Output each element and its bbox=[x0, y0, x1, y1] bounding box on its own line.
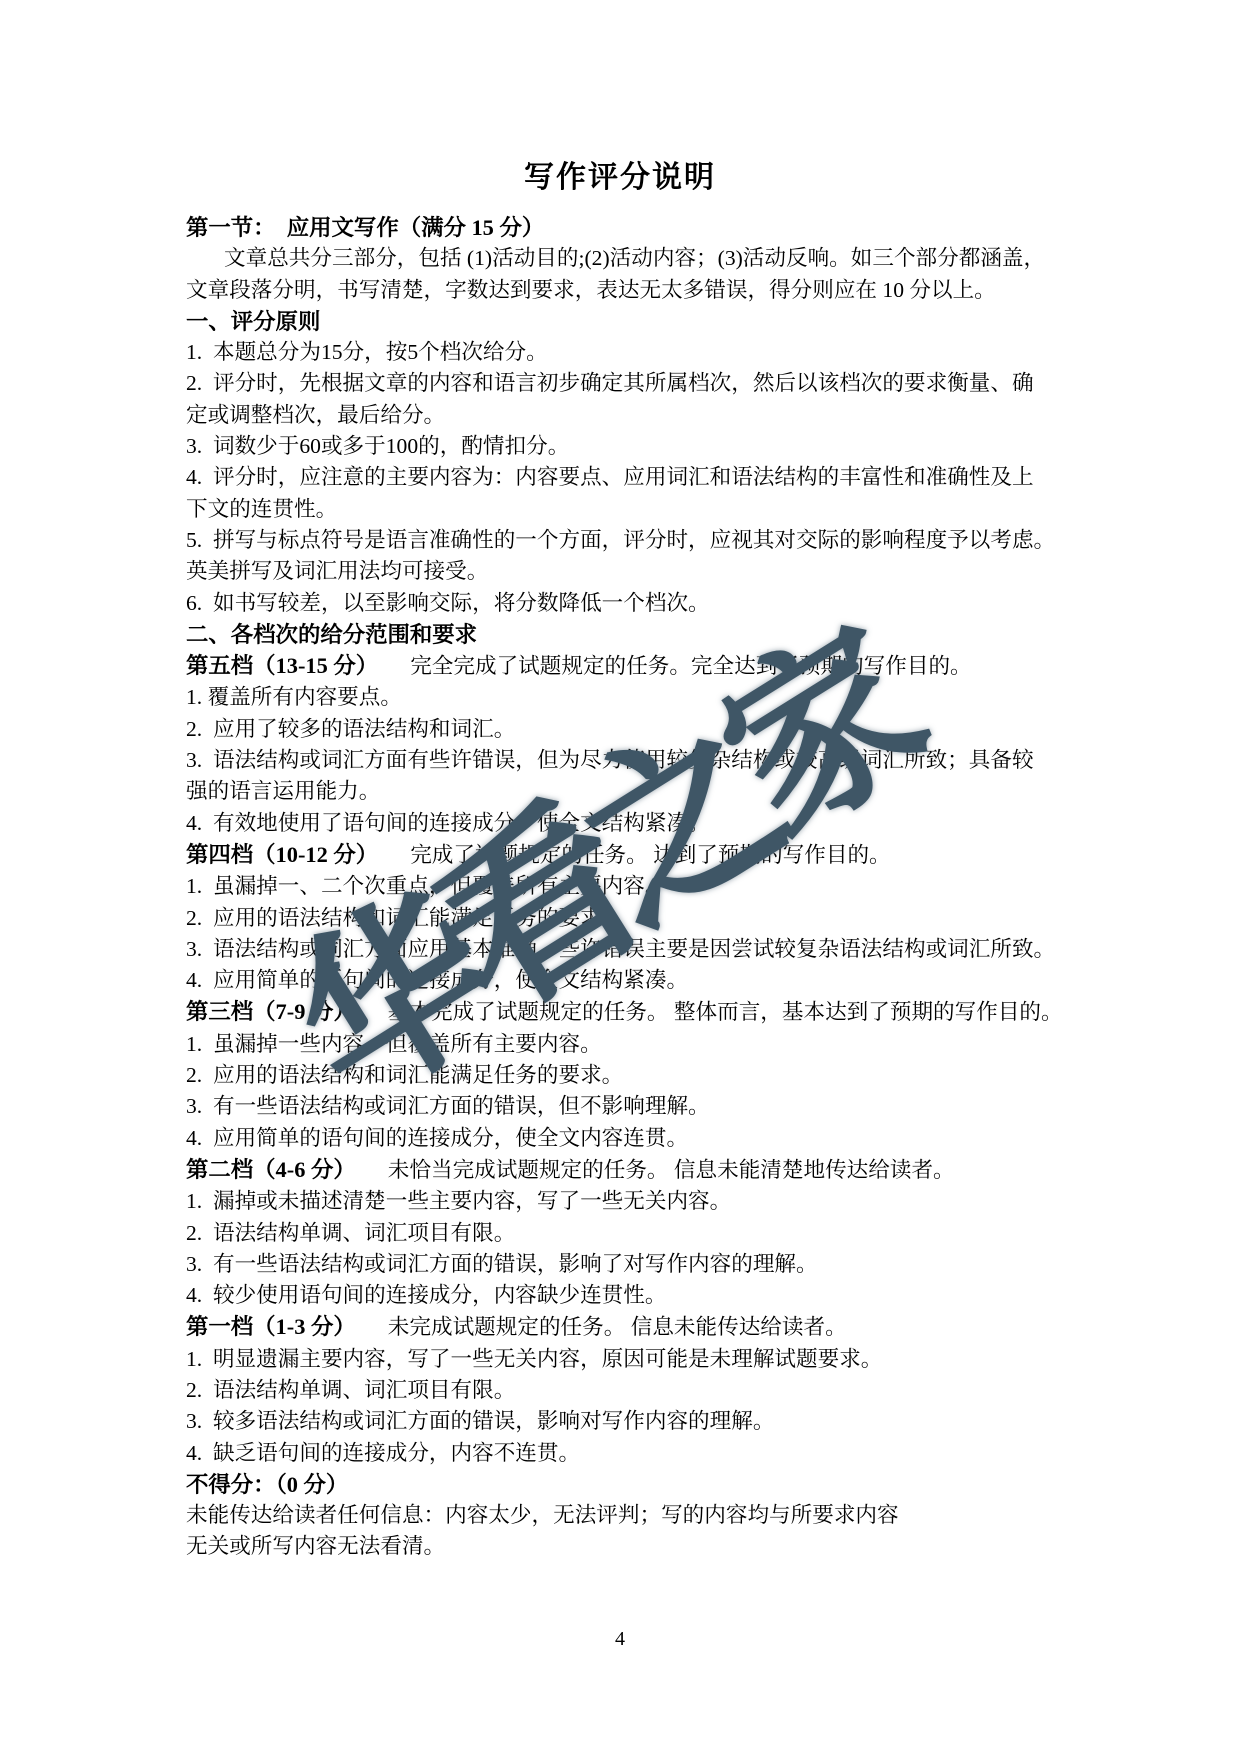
text-line: 3. 词数少于60或多于100的，酌情扣分。 bbox=[186, 431, 1086, 462]
text-line: 4. 有效地使用了语句间的连接成分，使全文结构紧凑。 bbox=[186, 808, 1086, 839]
grade-label: 第五档（13-15 分） bbox=[186, 653, 378, 678]
grade-description: 完全完成了试题规定的任务。完全达到了预期的写作目的。 bbox=[410, 654, 971, 678]
document-page: 写作评分说明 第一节： 应用文写作（满分 15 分）文章总共分三部分，包括 (1… bbox=[0, 0, 1240, 1754]
text-line: 一、评分原则 bbox=[186, 306, 1086, 337]
text-line: 2. 应用的语法结构和词汇能满足任务的要求。 bbox=[186, 903, 1086, 934]
grade-label: 第三档（7-9 分） bbox=[186, 999, 356, 1024]
document-body: 第一节： 应用文写作（满分 15 分）文章总共分三部分，包括 (1)活动目的;(… bbox=[186, 212, 1086, 1563]
text-line: 3. 较多语法结构或词汇方面的错误，影响对写作内容的理解。 bbox=[186, 1406, 1086, 1437]
text-line: 2. 应用了较多的语法结构和词汇。 bbox=[186, 714, 1086, 745]
text-line: 不得分：（0 分） bbox=[186, 1469, 1086, 1500]
text-line: 1. 虽漏掉一、二个次重点，但覆盖所有主要内容。 bbox=[186, 871, 1086, 902]
text-line: 4. 评分时，应注意的主要内容为：内容要点、应用词汇和语法结构的丰富性和准确性及… bbox=[186, 462, 1086, 493]
grade-line: 第五档（13-15 分）完全完成了试题规定的任务。完全达到了预期的写作目的。 bbox=[186, 650, 1086, 682]
text-line: 英美拼写及词汇用法均可接受。 bbox=[186, 556, 1086, 587]
grade-description: 基本完成了试题规定的任务。 整体而言，基本达到了预期的写作目的。 bbox=[388, 1000, 1063, 1024]
text-line: 3. 语法结构或词汇方面有些许错误，但为尽力使用较复杂结构或较高级词汇所致；具备… bbox=[186, 745, 1086, 776]
text-line: 2. 评分时，先根据文章的内容和语言初步确定其所属档次，然后以该档次的要求衡量、… bbox=[186, 368, 1086, 399]
grade-line: 第一档（1-3 分）未完成试题规定的任务。 信息未能传达给读者。 bbox=[186, 1311, 1086, 1343]
text-line: 2. 语法结构单调、词汇项目有限。 bbox=[186, 1375, 1086, 1406]
text-line: 4. 应用简单的语句间的连接成分，使全文内容连贯。 bbox=[186, 1123, 1086, 1154]
text-line: 强的语言运用能力。 bbox=[186, 776, 1086, 807]
text-line: 3. 语法结构或词汇方面应用基本准确，些许错误主要是因尝试较复杂语法结构或词汇所… bbox=[186, 934, 1086, 965]
text-line: 下文的连贯性。 bbox=[186, 494, 1086, 525]
text-line: 定或调整档次，最后给分。 bbox=[186, 400, 1086, 431]
text-line: 2. 语法结构单调、词汇项目有限。 bbox=[186, 1218, 1086, 1249]
text-line: 1. 虽漏掉一些内容，但覆盖所有主要内容。 bbox=[186, 1029, 1086, 1060]
grade-line: 第四档（10-12 分）完成了试题规定的任务。 达到了预期的写作目的。 bbox=[186, 839, 1086, 871]
text-line: 无关或所写内容无法看清。 bbox=[186, 1531, 1086, 1562]
grade-label: 第二档（4-6 分） bbox=[186, 1157, 356, 1182]
text-line: 1. 明显遗漏主要内容，写了一些无关内容，原因可能是未理解试题要求。 bbox=[186, 1344, 1086, 1375]
text-line: 未能传达给读者任何信息：内容太少，无法评判；写的内容均与所要求内容 bbox=[186, 1500, 1086, 1531]
grade-label: 第四档（10-12 分） bbox=[186, 842, 378, 867]
text-line: 3. 有一些语法结构或词汇方面的错误，影响了对写作内容的理解。 bbox=[186, 1249, 1086, 1280]
grade-description: 未完成试题规定的任务。 信息未能传达给读者。 bbox=[388, 1315, 847, 1339]
text-line: 5. 拼写与标点符号是语言准确性的一个方面，评分时，应视其对交际的影响程度予以考… bbox=[186, 525, 1086, 556]
grade-label: 第一档（1-3 分） bbox=[186, 1314, 356, 1339]
grade-line: 第二档（4-6 分）未恰当完成试题规定的任务。 信息未能清楚地传达给读者。 bbox=[186, 1154, 1086, 1186]
text-line: 4. 缺乏语句间的连接成分，内容不连贯。 bbox=[186, 1438, 1086, 1469]
text-line: 1. 漏掉或未描述清楚一些主要内容，写了一些无关内容。 bbox=[186, 1186, 1086, 1217]
text-line: 文章段落分明，书写清楚，字数达到要求，表达无太多错误，得分则应在 10 分以上。 bbox=[186, 275, 1086, 306]
text-line: 6. 如书写较差，以至影响交际，将分数降低一个档次。 bbox=[186, 588, 1086, 619]
page-title: 写作评分说明 bbox=[0, 152, 1240, 196]
text-line: 文章总共分三部分，包括 (1)活动目的;(2)活动内容；(3)活动反响。如三个部… bbox=[186, 243, 1086, 274]
text-line: 2. 应用的语法结构和词汇能满足任务的要求。 bbox=[186, 1060, 1086, 1091]
grade-description: 未恰当完成试题规定的任务。 信息未能清楚地传达给读者。 bbox=[388, 1158, 955, 1182]
page-number: 4 bbox=[0, 1628, 1240, 1651]
grade-line: 第三档（7-9 分）基本完成了试题规定的任务。 整体而言，基本达到了预期的写作目… bbox=[186, 996, 1086, 1028]
text-line: 1. 覆盖所有内容要点。 bbox=[186, 682, 1086, 713]
text-line: 第一节： 应用文写作（满分 15 分） bbox=[186, 212, 1086, 243]
text-line: 4. 应用简单的语句间的连接成分，使全文结构紧凑。 bbox=[186, 965, 1086, 996]
text-line: 3. 有一些语法结构或词汇方面的错误，但不影响理解。 bbox=[186, 1091, 1086, 1122]
text-line: 4. 较少使用语句间的连接成分，内容缺少连贯性。 bbox=[186, 1280, 1086, 1311]
grade-description: 完成了试题规定的任务。 达到了预期的写作目的。 bbox=[410, 843, 890, 867]
text-line: 二、各档次的给分范围和要求 bbox=[186, 619, 1086, 650]
text-line: 1. 本题总分为15分，按5个档次给分。 bbox=[186, 337, 1086, 368]
